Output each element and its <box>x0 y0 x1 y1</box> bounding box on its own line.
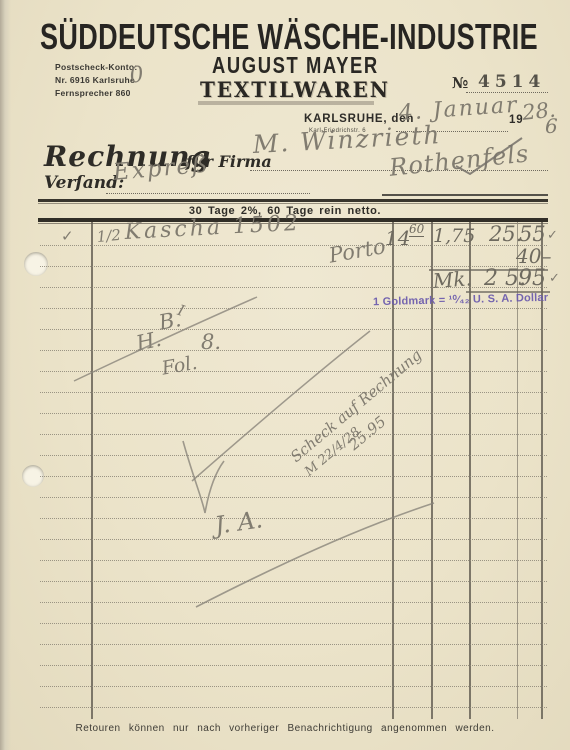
destination-underline <box>382 194 548 196</box>
dotted-row-line <box>40 581 547 582</box>
dotted-row-line <box>40 497 547 498</box>
rule-top <box>38 199 548 202</box>
ledger-h: H. <box>134 327 163 356</box>
dotted-row-line <box>40 350 547 351</box>
dotted-row-line <box>40 707 547 708</box>
row1-price-mark: 14 <box>385 226 410 250</box>
row1-price-pfennig: 60 <box>409 222 424 237</box>
dotted-row-line <box>40 665 547 666</box>
dotted-row-line <box>40 308 547 309</box>
dotted-row-line <box>40 329 547 330</box>
dotted-row-line <box>40 623 547 624</box>
pencil-zero: 0 <box>128 62 145 89</box>
rule-top-echo <box>38 203 548 204</box>
dotted-row-line <box>40 371 547 372</box>
invoice-number: 4514 <box>478 72 545 92</box>
postal-block: Postscheck-Konto: Nr. 6916 Karlsruhe Fer… <box>55 61 138 100</box>
row1-checkmark-right: ✓ <box>547 228 558 243</box>
row1-amount-pfennig: 55 <box>519 222 546 246</box>
dotted-row-line <box>40 413 547 414</box>
trade-underline <box>198 101 374 105</box>
row1-quantity: 1/2 <box>96 226 122 246</box>
ledger-i: I <box>175 301 186 320</box>
row1-checkmark: ✓ <box>61 227 74 245</box>
versand-underline <box>106 193 310 194</box>
goldmark-stamp: 1 Goldmark = ¹⁰⁄₄₂ U. S. A. Dollar <box>373 291 549 309</box>
postscheck-number: Nr. 6916 Karlsruhe <box>55 74 138 87</box>
dotted-row-line <box>40 539 547 540</box>
ledger-folio-number: 8. <box>201 330 221 354</box>
total-checkmark: ✓ <box>549 271 560 286</box>
dotted-row-line <box>40 392 547 393</box>
scan-edge <box>0 0 11 750</box>
row2-porto-label: Porto <box>327 234 387 268</box>
dotted-row-line <box>40 434 547 435</box>
dotted-row-line <box>40 686 547 687</box>
dotted-row-line <box>40 476 547 477</box>
pencil-check-stroke <box>183 441 224 513</box>
row1-unit-price: 1,75 <box>433 225 475 247</box>
number-label: № <box>452 74 468 92</box>
dotted-row-line <box>40 644 547 645</box>
dotted-row-line <box>40 560 547 561</box>
dotted-row-line <box>40 602 547 603</box>
footer-notice: Retouren können nur nach vorheriger Bena… <box>0 723 570 734</box>
punch-hole-top <box>24 252 48 276</box>
proprietor-name: AUGUST MAYER <box>212 52 379 79</box>
ledger-folio: Fol. <box>160 352 199 380</box>
row2-amount-pfennig: 40– <box>516 244 551 268</box>
trade-line: TEXTILWAREN <box>200 77 390 102</box>
total-currency: Mk. <box>432 266 473 293</box>
dotted-row-line <box>40 518 547 519</box>
scanned-invoice: SÜDDEUTSCHE WÄSCHE-INDUSTRIE Postscheck-… <box>0 0 570 750</box>
year-printed: 19 <box>509 114 523 126</box>
total-amount-pfennig: 95 <box>518 266 546 291</box>
initials-ja: J. A. <box>213 505 264 539</box>
postscheck-label: Postscheck-Konto: <box>55 61 138 74</box>
row1-amount-mark: 25. <box>489 222 522 246</box>
year-extra-digit: 6 <box>545 114 558 138</box>
phone-line: Fernsprecher 860 <box>55 87 138 100</box>
versand-label: Verſand: <box>44 173 124 193</box>
